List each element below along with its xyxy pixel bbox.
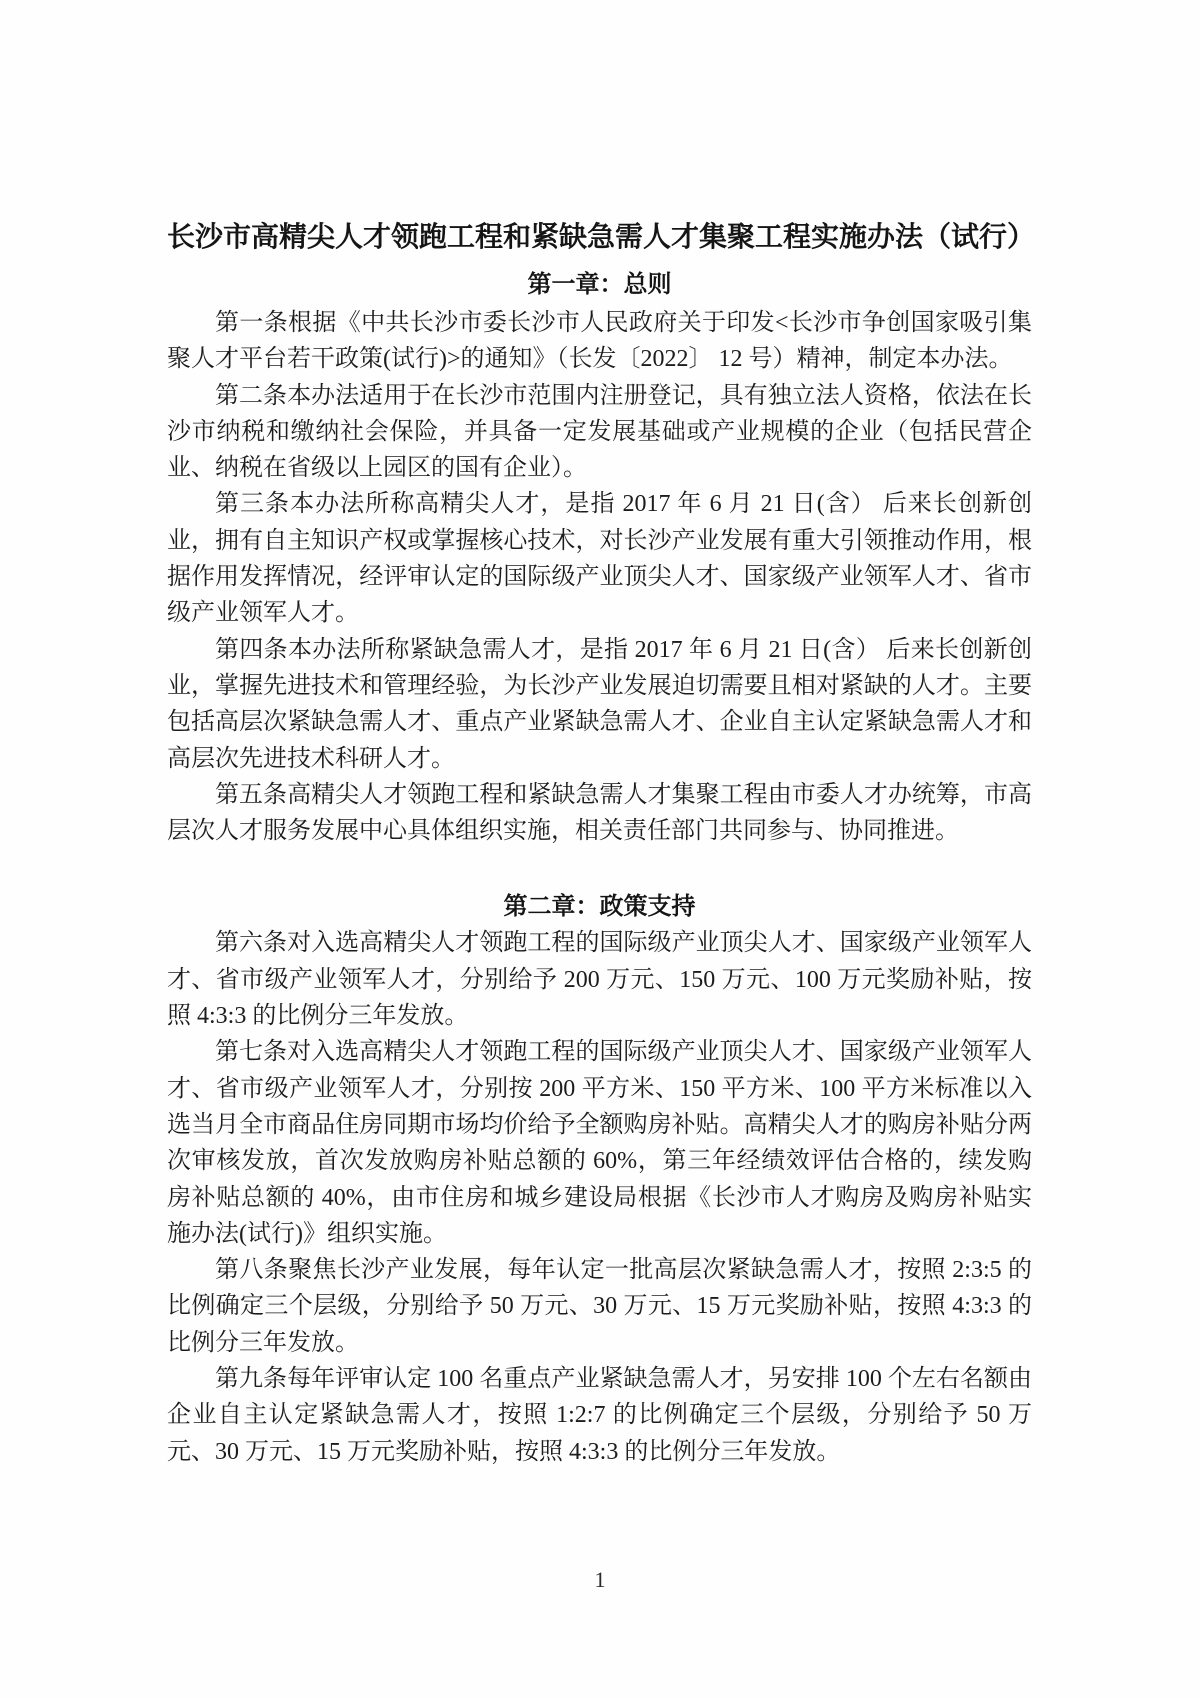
document-page: 长沙市高精尖人才领跑工程和紧缺急需人才集聚工程实施办法（试行） 第一章：总则 第… [0,0,1200,1698]
chapter-2-heading: 第二章：政策支持 [167,889,1032,925]
article-5-paragraph: 第五条高精尖人才领跑工程和紧缺急需人才集聚工程由市委人才办统筹，市高层次人才服务… [167,777,1032,850]
article-3-paragraph: 第三条本办法所称高精尖人才，是指 2017 年 6 月 21 日(含） 后来长创… [167,486,1032,631]
article-6-paragraph: 第六条对入选高精尖人才领跑工程的国际级产业顶尖人才、国家级产业领军人才、省市级产… [167,925,1032,1034]
document-content: 长沙市高精尖人才领跑工程和紧缺急需人才集聚工程实施办法（试行） 第一章：总则 第… [167,217,1032,1470]
chapter-1-heading: 第一章：总则 [167,267,1032,303]
article-4-paragraph: 第四条本办法所称紧缺急需人才，是指 2017 年 6 月 21 日(含） 后来长… [167,632,1032,777]
article-8-paragraph: 第八条聚焦长沙产业发展，每年认定一批高层次紧缺急需人才，按照 2:3:5 的比例… [167,1252,1032,1361]
article-2-paragraph: 第二条本办法适用于在长沙市范围内注册登记，具有独立法人资格，依法在长沙市纳税和缴… [167,378,1032,487]
chapter-general-provisions: 第一章：总则 第一条根据《中共长沙市委长沙市人民政府关于印发<长沙市争创国家吸引… [167,267,1032,849]
article-9-paragraph: 第九条每年评审认定 100 名重点产业紧缺急需人才，另安排 100 个左右名额由… [167,1361,1032,1470]
article-1-paragraph: 第一条根据《中共长沙市委长沙市人民政府关于印发<长沙市争创国家吸引集聚人才平台若… [167,305,1032,378]
page-number: 1 [0,1566,1200,1594]
document-title: 长沙市高精尖人才领跑工程和紧缺急需人才集聚工程实施办法（试行） [167,217,1032,257]
chapter-policy-support: 第二章：政策支持 第六条对入选高精尖人才领跑工程的国际级产业顶尖人才、国家级产业… [167,889,1032,1469]
article-7-paragraph: 第七条对入选高精尖人才领跑工程的国际级产业顶尖人才、国家级产业领军人才、省市级产… [167,1034,1032,1252]
